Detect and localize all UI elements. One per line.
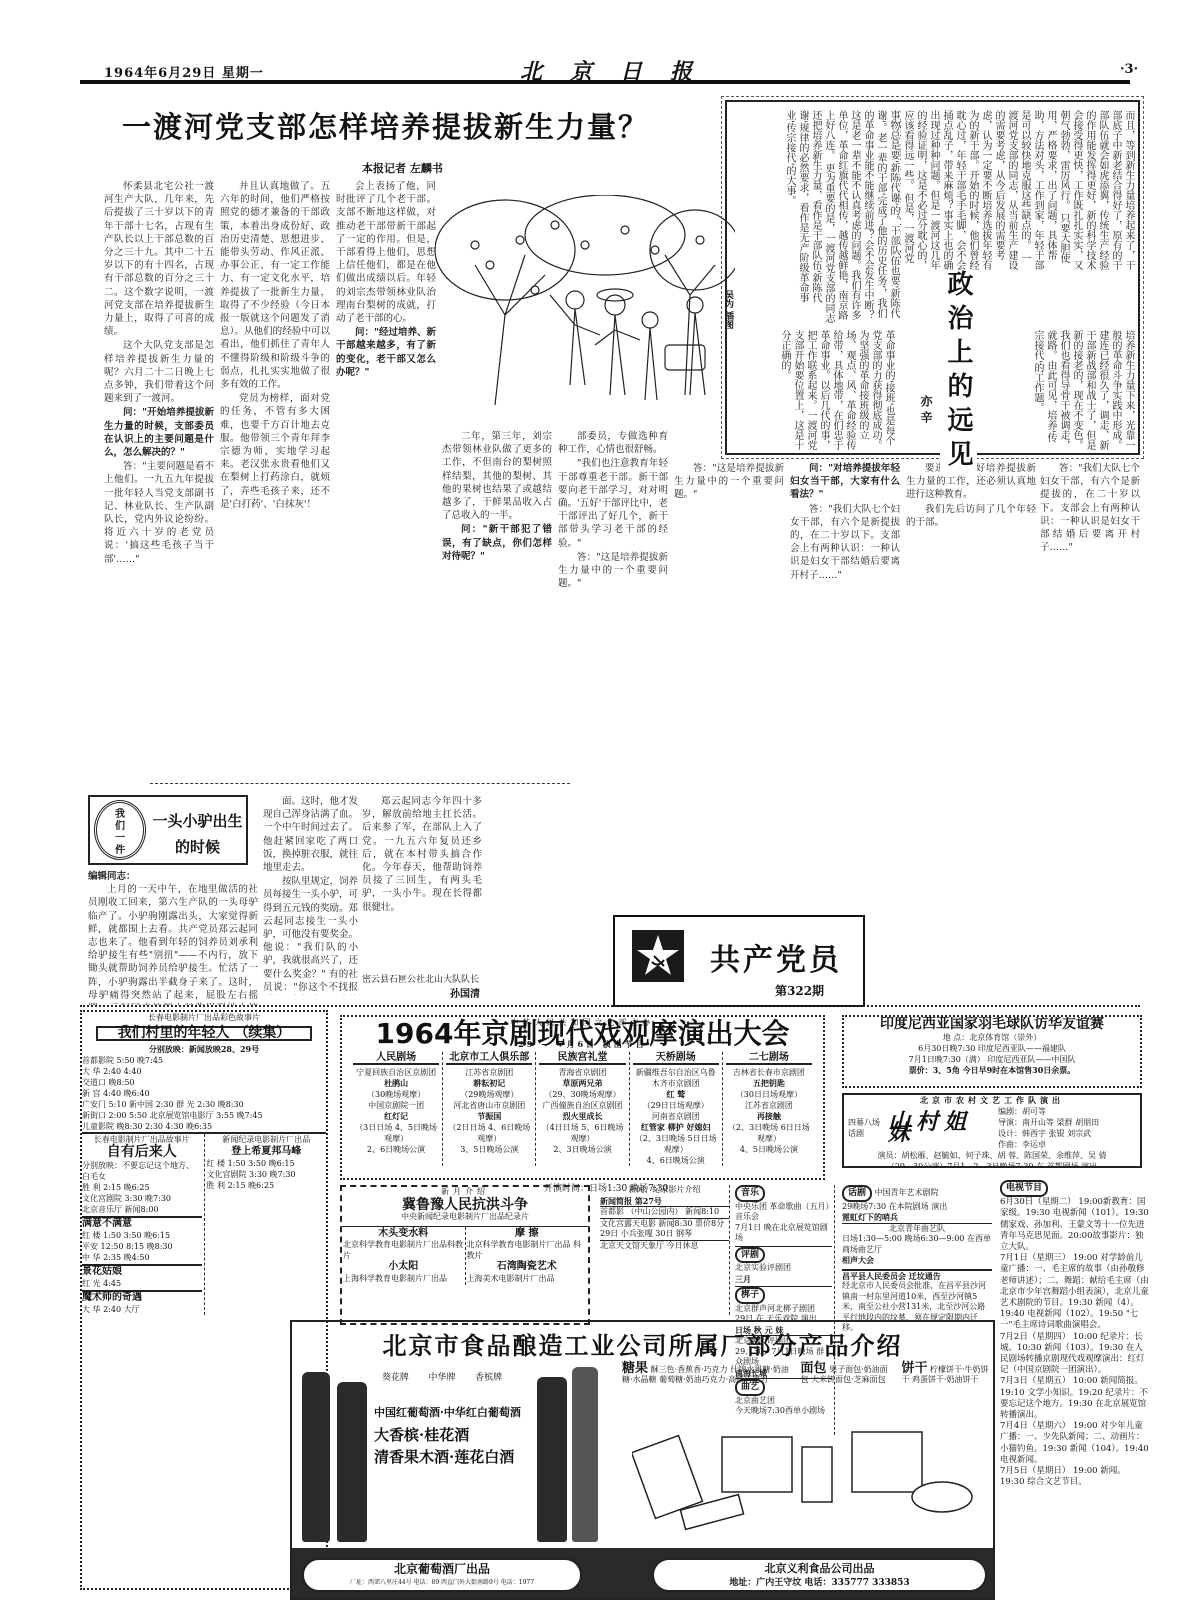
film-title: 木头变水料 bbox=[343, 1229, 464, 1240]
paragraph: 并且认真地做了。五六年的时间，他们严格按照党的德才兼备的干部政策，本着出身成份好… bbox=[220, 180, 330, 391]
film-note: 分别放映：不要忘记这个地方、白毛女 bbox=[82, 1160, 202, 1182]
lead-article-col-8: 要进一步做好培养提拔新生力量的工作，还必须认真地进行这种教育。 我们先后访问了几… bbox=[906, 462, 1036, 907]
rural-schedule: （29、30公演）7月1、2、3日晚场7:30 在 首都剧场 演出 bbox=[844, 1161, 1140, 1168]
paragraph: 上月的一天中午，在地里做活的社员刚收工回来，第六生产队的一头母驴临产了。小驴驹刚… bbox=[88, 883, 258, 1005]
film-studio: 北京科学教育电影制片厂出品科教片 bbox=[343, 1240, 464, 1261]
movie-listings-right: 新闻纪录电影制片厂出品 登上希夏邦马峰 红 楼 1:50 3:50 晚6:15 … bbox=[205, 1134, 327, 1315]
paragraph: 答："我们大队七个妇女干部，有六个是新提拔的，在二十岁以下。支部会上有两种认识：… bbox=[790, 503, 900, 582]
venue-name: 人民剧场 bbox=[353, 1052, 439, 1065]
schedule: （2、3日晚场 6日日场观摩） bbox=[726, 1122, 812, 1144]
schedule: （2、3日晚场 5日日场观摩） bbox=[633, 1133, 719, 1155]
schedule: 2、3日晚场公演 bbox=[539, 1144, 625, 1155]
play-title: 红管家 柳护 好媳妇 bbox=[633, 1122, 719, 1133]
wine-maker: 北京葡萄酒厂出品 bbox=[304, 1562, 580, 1576]
feature-signature: 密云县石匣公社北山大队队长 bbox=[362, 972, 479, 985]
troupe: 河南省京剧团 bbox=[633, 1111, 719, 1122]
brand: 葵花牌 bbox=[382, 1370, 409, 1383]
film-studio: 北京科学教育电影制片厂出品 科教片 bbox=[467, 1240, 588, 1261]
venue-column: 民族宫礼堂 青海省京剧团 草原两兄弟 （29、30晚场观摩） 广西僮族自治区京剧… bbox=[536, 1052, 629, 1166]
rural-troupe-ad: 北京市农村文艺工作队演出 四幕八场 话剧 山村姐妹 编剧：胡可等 导演：南开山等… bbox=[842, 1093, 1142, 1168]
paragraph: 按队里规定，饲养员每接生一头小驴，可得到五元钱的奖励。郑云起同志接生一头小驴，可… bbox=[263, 875, 358, 995]
paragraph: 会上表扬了他，同时批评了几个老干部。支部不断地这样做，对推动老干部带新干部起了一… bbox=[336, 180, 436, 325]
movie-title-text: 我们村里的年轻人 bbox=[118, 1025, 230, 1041]
digest-location: 文化宫露天电影 新闻8:30 票价8分 bbox=[600, 1218, 729, 1230]
paragraph: 郑云起同志今年四十多岁，解放前给地主扛长活。后来参了军，在部队上入了党。一九五六… bbox=[362, 795, 482, 914]
film-title: 魔术师的奇遇 bbox=[82, 1290, 202, 1303]
notice-title: 昌平县人民委员会 迁坟通告 bbox=[842, 1269, 992, 1282]
play-title: 杜鹃山 bbox=[353, 1078, 439, 1089]
candy-address: 地址：广内王守坟 电话：335777 333853 bbox=[654, 1576, 985, 1590]
film-studio: 新闻纪录电影制片厂出品 bbox=[207, 1134, 327, 1145]
showtime: 新街口 2:00 5:50 北京展览馆电影厅 3:55 晚7:45 bbox=[82, 1110, 326, 1121]
badge-char: 我 bbox=[97, 809, 143, 821]
candy-categories: 糖果 酥三色·香蕉香·巧克力 什锦水果糖·奶油糖·水晶糖 葡萄糖·奶油巧克力·高… bbox=[622, 1364, 992, 1385]
commentary-title: 政治上的远见 bbox=[940, 270, 977, 474]
rural-genre: 四幕八场 话剧 bbox=[848, 1117, 888, 1139]
paragraph: 党员为榜样，面对党的任务，不管有多大困难，也要千方百计地去克服。他带领三个青年拜… bbox=[220, 392, 330, 511]
digest-title: 新闻简报 第27号 bbox=[600, 1196, 729, 1207]
music-badge: 音乐 bbox=[735, 1185, 765, 1202]
page-number: ·3· bbox=[1120, 62, 1138, 77]
schedule: （3日日场 4、5日晚场观摩） bbox=[353, 1122, 439, 1144]
food-banner-title: 北京市食品酿造工业公司所属厂部分产品介绍 bbox=[292, 1326, 993, 1361]
play-title: 烈火里成长 bbox=[539, 1111, 625, 1122]
feature-title: 一头小驴出生的时候 bbox=[150, 808, 245, 860]
film-studio: 上海美术电影制片厂出品 bbox=[467, 1274, 588, 1285]
badminton-title: 印度尼西亚国家羽毛球队访华友谊赛 bbox=[844, 1019, 1140, 1030]
venue-name: 天桥剧场 bbox=[633, 1052, 719, 1065]
paragraph: 面。这时，他才发现自己浑身沾满了血。一个中午时间过去了。他赶紧回家吃了两口饭，换… bbox=[263, 795, 358, 874]
lead-article-col-7: 问："对培养提拔年轻妇女当干部，大家有什么看法？" 答："我们大队七个妇女干部，… bbox=[790, 462, 900, 907]
listing: 胜 利 2:15 晚6:25 bbox=[207, 1180, 327, 1191]
listing: 中 华 2:35 晚4:50 bbox=[82, 1252, 202, 1263]
listing: 文化宫剧院 3:30 晚7:30 bbox=[82, 1193, 202, 1204]
wine-product: 中国红葡萄酒·中华红白葡萄酒 bbox=[374, 1402, 534, 1424]
troupe: 广西僮族自治区京剧团 bbox=[539, 1100, 625, 1111]
credit: 设计：韩西宇 张锟 刘宗武 bbox=[998, 1128, 1136, 1139]
newsreel-studio: 中央新闻纪录电影制片厂出品纪录片 bbox=[342, 1212, 588, 1223]
opera-title: 1964年京剧现代戏观摩演出大会 bbox=[342, 1028, 823, 1039]
movie-subtitle: （续集） bbox=[234, 1025, 290, 1041]
schedule-header: 分别放映：新闻放映28、29号 bbox=[82, 1044, 326, 1055]
credit: 导演：南开山等 梁群 胡朋田 bbox=[998, 1117, 1136, 1128]
theater-name: 北京群声河北梆子剧团 bbox=[735, 1304, 832, 1315]
wine-products: 中国红葡萄酒·中华红白葡萄酒 大香槟·桂花酒 清香果木酒·莲花白酒 bbox=[374, 1402, 534, 1468]
schedule: （30日日场观摩） bbox=[726, 1089, 812, 1100]
wine-bottle-icon bbox=[337, 1382, 367, 1542]
wine-bottle-icon bbox=[572, 1367, 598, 1542]
film-title: 满意不满意 bbox=[82, 1216, 202, 1229]
schedule: 3、5日晚场公演 bbox=[446, 1144, 532, 1155]
opera-venues: 人民剧场 宁夏回族自治区京剧团 杜鹃山 （30晚场观摩） 中国京剧院一团 红灯记… bbox=[350, 1052, 815, 1166]
drama-time: 29晚场7:30 在本院剧场 演出 bbox=[842, 1202, 992, 1213]
commentary-para: 事物总是要'新陈代谢'的。干部队伍也要'新陈代谢'。老一辈的干部'完成了他的历史… bbox=[823, 110, 899, 320]
food-products-ad: 北京市食品酿造工业公司所属厂部分产品介绍 葵花牌 中华牌 香槟牌 中国红葡萄酒·… bbox=[290, 1320, 995, 1600]
music-date: 7月1日 晚在北京展览馆剧场 bbox=[735, 1223, 832, 1244]
schedule: （29、30晚场观摩） bbox=[539, 1089, 625, 1100]
brand: 中华牌 bbox=[428, 1370, 455, 1383]
venue-column: 人民剧场 宁夏回族自治区京剧团 杜鹃山 （30晚场观摩） 中国京剧院一团 红灯记… bbox=[350, 1052, 443, 1166]
showtime: 大 华 2:40 4:40 bbox=[82, 1066, 326, 1077]
tv-badge: 电视节目 bbox=[1000, 1180, 1048, 1197]
movie-listings-left: 长春电影制片厂出品故事片 自有后来人 分别放映：不要忘记这个地方、白毛女 胜 利… bbox=[82, 1134, 205, 1315]
credit: 编剧：胡可等 bbox=[998, 1106, 1136, 1117]
opera-festival-ad: 中华人民共和国文化部主办 1964年京剧现代戏观摩演出大会 29 — 7月6日 … bbox=[340, 1015, 825, 1180]
listing: 平安 12:50 8:15 晚8:30 bbox=[82, 1241, 202, 1252]
paragraph: 部委员，专做选种育种工作，心情也很舒畅。 bbox=[558, 430, 668, 456]
category-name: 饼干 bbox=[901, 1361, 927, 1376]
film-title: 小太阳 bbox=[343, 1262, 464, 1273]
troupe: 青海省京剧团 bbox=[539, 1067, 625, 1078]
lead-byline: 本报记者 左麟书 bbox=[362, 160, 443, 176]
orchard-drawing-icon bbox=[435, 195, 735, 425]
commentary-para: 一渡河党支部的同志，从当前生产建设的需要考虑，从今后发展的需要考虑，认为一定要不… bbox=[902, 110, 1030, 270]
feature-author: 孙国清 bbox=[450, 985, 480, 1000]
wine-address: 厂址：西郊八里庄44号 电话：89 西直门外大街南路9号 电话：1977 bbox=[304, 1576, 580, 1590]
schedule: （2日日场 4、6日晚场观摩） bbox=[446, 1122, 532, 1144]
venue-column: 天桥剧场 新疆维吾尔自治区乌鲁木齐市京剧团 红 鹫 （29日日场观摩） 河南省京… bbox=[630, 1052, 723, 1166]
showtime: 首都影院 5:50 晚7:45 bbox=[82, 1055, 326, 1066]
film-studio: 上海科学教育电影制片厂出品 bbox=[343, 1274, 464, 1285]
venue-name: 北京市工人俱乐部 bbox=[446, 1052, 532, 1065]
news-digest: 新闻、纪录影片介绍 新闻简报 第27号 首都影 （中山公园内） 新闻8:10 文… bbox=[600, 1185, 730, 1315]
movie-title: 我们村里的年轻人 （续集） bbox=[96, 1026, 312, 1041]
tv-entry: 7月1日（星期三） 19:00 对学龄前儿童广播：一、毛主席的故事（由孙敬修老师… bbox=[1000, 1253, 1150, 1331]
troupe: 新疆维吾尔自治区乌鲁木齐市京剧团 bbox=[633, 1067, 719, 1089]
tv-entry: 7月3日（星期五） 10:00 新闻简报。19:10 文学小知识。19:20 纪… bbox=[1000, 1376, 1150, 1421]
theater-name: 北京实验评剧团 bbox=[735, 1263, 832, 1274]
commentary-text-left-lower: 革命事业的'接班'也是每个党支部的力获得彻底成功。为坚强的革命接班级的立场、观点… bbox=[735, 330, 895, 450]
question: 问："新干部犯了错误，有了缺点，你们怎样对待呢？" bbox=[442, 523, 552, 563]
commentary-para: 培养新生力量下来，光靠一般的革命斗争实践中形成。 bbox=[1110, 330, 1134, 450]
salutation: 编辑同志： bbox=[88, 870, 258, 883]
play-title: 耕耘初记 bbox=[446, 1078, 532, 1089]
troupe: 江苏省京剧团 bbox=[446, 1067, 532, 1078]
newsreel-ad: 新月介绍 冀鲁豫人民抗洪斗争 中央新闻纪录电影制片厂出品纪录片 木头变水料 北京… bbox=[340, 1185, 590, 1325]
paragraph: 怀柔县北宅公社一渡河生产大队，几年来，先后提拔了三十岁以下的青年干部十七名，占现… bbox=[104, 180, 214, 338]
lead-article-col-1: 怀柔县北宅公社一渡河生产大队，几年来，先后提拔了三十岁以下的青年干部十七名，占现… bbox=[104, 180, 214, 715]
question: 问："经过培养、新干部越来越多，有了新的变化，老干部又怎么办呢？" bbox=[336, 326, 436, 379]
party-banner-issue: 第322期 bbox=[775, 982, 824, 999]
play-title: 草原两兄弟 bbox=[539, 1078, 625, 1089]
schedule: （29日日场观摩） bbox=[633, 1100, 719, 1111]
paragraph: 答："主要问题是看不上他们。一九五九年提拔一批年轻人当党支部副书记、林业队长、生… bbox=[104, 460, 214, 566]
schedule: （29晚场观摩） bbox=[446, 1089, 532, 1100]
lead-article-col-3: 会上表扬了他，同时批评了几个老干部。支部不断地这样做，对推动老干部带新干部起了一… bbox=[336, 180, 436, 715]
lead-headline: 一渡河党支部怎样培养提拔新生力量？ bbox=[122, 105, 649, 146]
troupe: 宁夏回族自治区京剧团 bbox=[353, 1067, 439, 1078]
listing: 文化宫剧院 3:30 晚7:30 bbox=[207, 1169, 327, 1180]
listing: 红 楼 1:50 3:50 晚6:15 bbox=[82, 1230, 202, 1241]
showtime: 交道口 晚8:50 bbox=[82, 1077, 326, 1088]
digest-location: 29日 小兵张嘎 30日 钢琴 bbox=[600, 1229, 729, 1240]
candy-maker: 北京义利食品公司出品 bbox=[654, 1562, 985, 1576]
brand: 香槟牌 bbox=[475, 1370, 502, 1383]
venue-column: 二七剧场 吉林省长春市京剧团 五把钥匙 （30日日场观摩） 江苏省京剧团 再接触… bbox=[723, 1052, 815, 1166]
schedule: （4日日场 5、6日晚场观摩） bbox=[539, 1122, 625, 1144]
paragraph: 二年，第三年，刘宗杰带领林业队做了更多的工作，不但南台的梨树照样结梨，其他的梨树… bbox=[442, 430, 552, 522]
commentary-para: 建连已经很久了，调走、新干部新战部和战士了，但是新的接老的，现在不变色。我们也看… bbox=[1032, 330, 1108, 450]
drama-show: 霓虹灯下的哨兵 bbox=[842, 1212, 992, 1223]
tv-entry: 7月2日（星期四） 10:00 纪录片：长城。10:30 新闻（103）。19:… bbox=[1000, 1332, 1150, 1377]
wine-bottle-icon bbox=[537, 1377, 567, 1542]
section-divider bbox=[150, 783, 570, 784]
digest-header: 新闻、纪录影片介绍 bbox=[600, 1185, 729, 1196]
newsreel-title: 冀鲁豫人民抗洪斗争 bbox=[342, 1200, 588, 1211]
venue-column: 北京市工人俱乐部 江苏省京剧团 耕耘初记 （29晚场观摩） 河北省唐山市京剧团 … bbox=[443, 1052, 536, 1166]
feature-story-col-1: 编辑同志： 上月的一天中午，在地里做活的社员刚收工回来，第六生产队的一头母驴临产… bbox=[88, 870, 258, 1005]
commentary-text-right: 而且，等到新生力量培养起来了，干部底子中新老结合得好了，原有的干部队伍就会如虎添… bbox=[900, 110, 1135, 270]
wine-product: 大香槟·桂花酒 bbox=[374, 1424, 534, 1446]
category-name: 面包 bbox=[801, 1361, 827, 1376]
film-title: 登上希夏邦马峰 bbox=[207, 1146, 327, 1157]
paragraph: 答："这是培养提拔新生力量中的一个重要问题。" bbox=[674, 462, 784, 502]
showtime: 新 宫 4:40 晚6:40 bbox=[82, 1088, 326, 1099]
wine-bottle-icon bbox=[302, 1372, 330, 1542]
wine-brands: 葵花牌 中华牌 香槟牌 bbox=[372, 1370, 512, 1383]
question: 问："开始培养提拔新生力量的时候，支部委员在认识上的主要问题是什么，怎么解决的？… bbox=[104, 406, 214, 459]
paragraph: 这个大队党支部是怎样培养提拔新生力量的呢？六月二十二日晚上七点多钟，我们带着这个… bbox=[104, 339, 214, 405]
tv-entry: 7月5日（星期日） 19:00 新闻。19:30 综合文艺节目。 bbox=[1000, 1466, 1150, 1488]
movie-studio: 长春电影制片厂出品彩色故事片 bbox=[82, 1012, 326, 1023]
quyi-show: 相声大会 bbox=[842, 1255, 992, 1266]
badge-char: 一 bbox=[97, 833, 143, 845]
rural-title: 山村姐妹 bbox=[888, 1117, 998, 1139]
lead-article-col-9: 答："我们大队七个妇女干部，有六个是新提拔的，在二十岁以下。支部会上有两种认识：… bbox=[1040, 462, 1140, 907]
commentary-para: 革命事业的'接班'也是每个党支部的力获得彻底成功。为坚强的革命接班级的立场、观点… bbox=[779, 330, 894, 450]
drama-troupe: 中国青年艺术剧院 bbox=[875, 1188, 939, 1197]
play-title: 红 鹫 bbox=[633, 1089, 719, 1100]
party-banner-title: 共产党员 bbox=[710, 935, 842, 979]
troupe: 中国京剧院一团 bbox=[353, 1100, 439, 1111]
commentary-para: 而且，等到新生力量培养起来了，干部底子中新老结合得好了，原有的干部队伍就会如虎添… bbox=[1058, 110, 1134, 270]
question: 问："对培养提拔年轻妇女当干部，大家有什么看法？" bbox=[790, 462, 900, 502]
wine-product: 清香果木酒·莲花白酒 bbox=[374, 1446, 534, 1468]
schedule: 4、6日晚场公演 bbox=[633, 1155, 719, 1166]
rural-header: 北京市农村文艺工作队演出 bbox=[844, 1095, 1140, 1106]
digest-location: 首都影 （中山公园内） 新闻8:10 bbox=[600, 1206, 729, 1218]
badminton-venue: 地 点：北京体育馆（崇外） bbox=[844, 1032, 1140, 1043]
masthead-rule bbox=[80, 80, 1130, 84]
credit: 作曲：李运卓 bbox=[998, 1139, 1136, 1150]
badminton-match: 6月30日晚7:30 印度尼西亚队——福建队 bbox=[844, 1043, 1140, 1054]
film-title: 景花姑娘 bbox=[82, 1264, 202, 1277]
listing: 胜 利 2:15 晚6:25 bbox=[82, 1182, 202, 1193]
paragraph: 答："这是培养提拔新生力量中的一个重要问题。" bbox=[558, 551, 668, 591]
candy-boxes-icon bbox=[632, 1422, 992, 1542]
lead-article-col-6: 答："这是培养提拔新生力量中的一个重要问题。" bbox=[674, 462, 784, 907]
orchard-illustration bbox=[435, 195, 735, 425]
feature-story-col-3: 郑云起同志今年四十多岁，解放前给地主扛长活。后来参了军，在部队上入了党。一九五六… bbox=[362, 795, 482, 970]
showtime: 儿童影院 晚8:30 2:30 4:30 晚6:35 bbox=[82, 1121, 326, 1134]
tv-entry: 6月30日（星期二） 19:00新教育：国家级。19:30 电视新闻（101）。… bbox=[1000, 1197, 1150, 1253]
film-title: 自有后来人 bbox=[82, 1147, 202, 1158]
drama-badge: 话剧 bbox=[842, 1185, 872, 1202]
listing: 红 光 4:45 bbox=[82, 1278, 202, 1289]
theater-show: 三月 bbox=[735, 1274, 832, 1285]
badge-char: 们 bbox=[97, 821, 143, 833]
music-title: 中央乐团 革命歌曲（五月）音乐会 bbox=[735, 1202, 832, 1223]
troupe: 江苏省京剧团 bbox=[726, 1100, 812, 1111]
schedule: 4、5日晚场公演 bbox=[726, 1144, 812, 1155]
play-title: 再接触 bbox=[726, 1111, 812, 1122]
paragraph: 答："我们大队七个妇女干部，有六个是新提拔的，在二十岁以下。支部会上有两种认识：… bbox=[1040, 462, 1140, 554]
lead-article-col-5: 部委员，专做选种育种工作，心情也很舒畅。 "我们也注意教育年轻干部尊重老干部。新… bbox=[558, 430, 668, 905]
candy-maker-footer: 北京义利食品公司出品 地址：广内王守坟 电话：335777 333853 bbox=[652, 1558, 987, 1592]
listing: 北京音乐厅 新闻8:00 bbox=[82, 1204, 202, 1215]
venue-name: 二七剧场 bbox=[726, 1052, 812, 1065]
venue-name: 民族宫礼堂 bbox=[539, 1052, 625, 1065]
listing: 大 华 2:40 大厅 bbox=[82, 1304, 202, 1315]
category-name: 糖果 bbox=[622, 1361, 648, 1376]
feature-story-col-2: 面。这时，他才发现自己浑身沾满了血。一个中午时间过去了。他赶紧回家吃了两口饭，换… bbox=[263, 795, 358, 995]
badminton-ad: 印度尼西亚国家羽毛球队访华友谊赛 地 点：北京体育馆（崇外） 6月30日晚7:3… bbox=[842, 1015, 1142, 1088]
issue-date: 1964年6月29日 星期一 bbox=[104, 62, 264, 81]
wine-maker-footer: 北京葡萄酒厂出品 厂址：西郊八里庄44号 电话：89 西直门外大街南路9号 电话… bbox=[302, 1558, 582, 1592]
tv-schedule: 电视节目 6月30日（星期二） 19:00新教育：国家级。19:30 电视新闻（… bbox=[1000, 1180, 1150, 1590]
film-title: 摩 擦 bbox=[467, 1229, 588, 1240]
paragraph: 我们先后访问了几个年轻的干部。 bbox=[906, 503, 1036, 529]
star-hammer-sickle-icon bbox=[632, 930, 684, 982]
theater-badge: 评剧 bbox=[735, 1247, 765, 1264]
schedule: （30晚场观摩） bbox=[353, 1089, 439, 1100]
newsreel-section: 新月介绍 bbox=[342, 1187, 588, 1198]
schedule: 2、6日晚场公演 bbox=[353, 1144, 439, 1155]
play-title: 五把钥匙 bbox=[726, 1078, 812, 1089]
listing: 红 楼 1:50 3:50 晚6:15 bbox=[207, 1158, 327, 1169]
showtime: 广安门 5:10 新中国 2:30 群 光 2:30 晚8:30 bbox=[82, 1099, 326, 1110]
lead-article-col-2: 并且认真地做了。五六年的时间，他们严格按照党的德才兼备的干部政策，本着出身成份好… bbox=[220, 180, 330, 715]
play-title: 节振国 bbox=[446, 1111, 532, 1122]
film-title: 石湾陶瓷艺术 bbox=[467, 1262, 588, 1273]
troupe: 河北省唐山市京剧团 bbox=[446, 1100, 532, 1111]
tv-entry: 7月4日（星期六） 19:00 对少年儿童广播：一、少先队新闻；二、动画片：小猫… bbox=[1000, 1421, 1150, 1466]
commentary-author: 亦 辛 bbox=[918, 395, 935, 423]
theater-badge: 梆子 bbox=[735, 1287, 765, 1304]
badminton-tickets: 票价：3、5角 今日早9时在本馆售30日余票。 bbox=[844, 1065, 1140, 1076]
quyi-troupe: 北京青年曲艺队 bbox=[842, 1223, 992, 1235]
play-title: 红灯记 bbox=[353, 1111, 439, 1122]
digest-location: 北京天文馆天象厅 今日休息 bbox=[600, 1240, 729, 1252]
good-deed-badge: 我 们 一 件 bbox=[94, 800, 146, 860]
paragraph: "我们也注意教育年轻干部尊重老干部。新干部要向老干部学习，对对明确。'五好'干部… bbox=[558, 457, 668, 549]
rural-cast: 演员：胡松雁、赵毓如、何子珠、胡 蓉、陈国荣、余维萍、吴 倩 bbox=[844, 1150, 1140, 1161]
badge-char: 件 bbox=[97, 845, 143, 857]
commentary-text-left: 事物总是要'新陈代谢'的。干部队伍也要'新陈代谢'。老一辈的干部'完成了他的历史… bbox=[735, 110, 900, 325]
badminton-match: 7月1日晚7:30（满） 印度尼西亚队——中国队 bbox=[844, 1054, 1140, 1065]
quyi-time: 日场1:30—5:00 晚场6:30—9:00 在西单商场曲艺厅 bbox=[842, 1234, 992, 1255]
troupe: 吉林省长春市京剧团 bbox=[726, 1067, 812, 1078]
